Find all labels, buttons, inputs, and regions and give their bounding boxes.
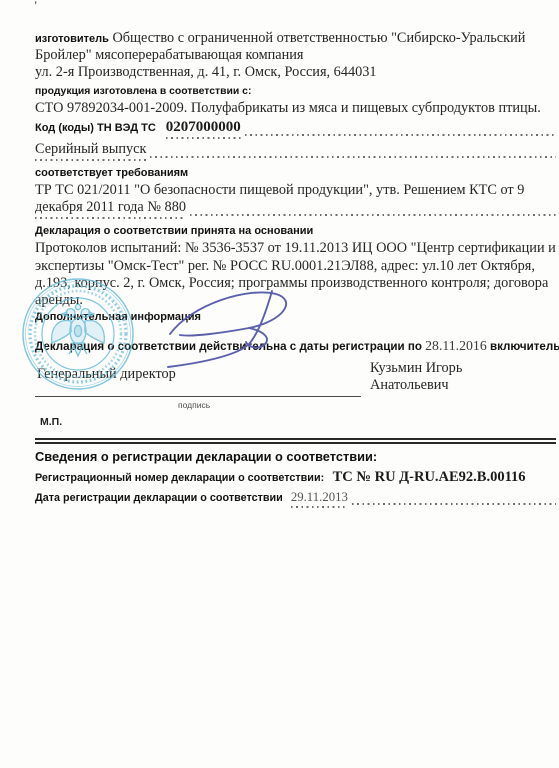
tn-ved-row: Код (коды) ТН ВЭД ТС 0207000000 xyxy=(35,119,556,139)
registration-number-value: ТС № RU Д-RU.АЕ92.В.00116 xyxy=(333,469,526,485)
registration-date-label: Дата регистрации декларации о соответств… xyxy=(35,492,283,504)
dotted-line xyxy=(352,503,556,505)
manufacturer-address: ул. 2-я Производственная, д. 41, г. Омск… xyxy=(35,64,556,81)
registration-number-label: Регистрационный номер декларации о соотв… xyxy=(35,472,324,484)
signature-line xyxy=(35,396,361,397)
requirements-label: соответствует требованиям xyxy=(35,167,556,180)
dotted-line xyxy=(190,214,556,216)
made-in-accordance-label: продукция изготовлена в соответствии с: xyxy=(35,85,556,98)
registration-heading: Сведения о регистрации декларации о соот… xyxy=(35,449,556,464)
registration-date-value: 29.11.2013 xyxy=(291,490,348,508)
signer-name-line2: Анатольевич xyxy=(370,377,462,394)
validity-date: 28.11.2016 xyxy=(425,338,487,353)
dotted-line xyxy=(245,134,556,136)
requirements-line1: ТР ТС 021/2011 "О безопасности пищевой п… xyxy=(35,182,556,199)
document-content: изготовитель Общество с ограниченной отв… xyxy=(35,30,556,508)
double-rule xyxy=(35,438,556,444)
declaration-of-conformity-document: ' изготовитель Общество с ограниченной о… xyxy=(0,0,559,768)
scan-artifact: ' xyxy=(34,0,37,13)
company-round-stamp-icon xyxy=(20,276,136,392)
requirements-line2-row: декабря 2011 года № 880 xyxy=(35,199,556,219)
requirements-line2: декабря 2011 года № 880 xyxy=(35,199,186,219)
stamp-place-label: М.П. xyxy=(40,416,62,428)
tn-ved-value: 0207000000 xyxy=(166,119,241,139)
signature-caption: подпись xyxy=(178,400,210,410)
tn-ved-label: Код (коды) ТН ВЭД ТС xyxy=(35,122,156,135)
validity-suffix: включительно xyxy=(490,340,559,353)
basis-label: Декларация о соответствии принята на осн… xyxy=(35,225,556,238)
manufacturer-name: Общество с ограниченной ответственностью… xyxy=(35,30,525,63)
serial-value: Серийный выпуск xyxy=(35,141,146,161)
standard-line: СТО 97892034-001-2009. Полуфабрикаты из … xyxy=(35,100,556,117)
manufacturer-block: изготовитель Общество с ограниченной отв… xyxy=(35,30,556,82)
registration-date-row: Дата регистрации декларации о соответств… xyxy=(35,490,556,508)
serial-row: Серийный выпуск xyxy=(35,141,556,161)
handwritten-signature-icon xyxy=(150,284,385,372)
dotted-line xyxy=(150,156,556,158)
registration-number-row: Регистрационный номер декларации о соотв… xyxy=(35,468,556,486)
manufacturer-label: изготовитель xyxy=(35,33,109,45)
